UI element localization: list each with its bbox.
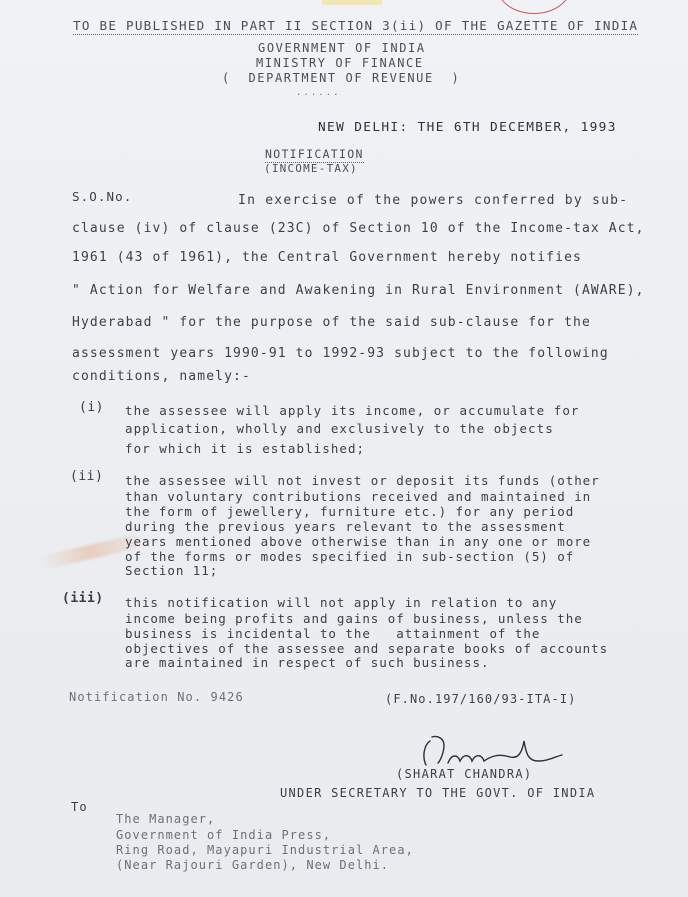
condition-line: business is incidental to the attainment…	[125, 626, 540, 641]
publish-instruction: TO BE PUBLISHED IN PART II SECTION 3(ii)…	[73, 18, 638, 35]
body-line: 1961 (43 of 1961), the Central Governmen…	[72, 250, 582, 265]
condition-line: of the forms or modes specified in sub-s…	[125, 549, 574, 564]
condition-label: (i)	[79, 400, 104, 415]
address-line: Government of India Press,	[116, 828, 331, 842]
ministry-heading: MINISTRY OF FINANCE	[256, 56, 424, 70]
condition-line: objectives of the assessee and separate …	[125, 641, 608, 656]
condition-line: application, wholly and exclusively to t…	[125, 421, 554, 436]
signatory-title: UNDER SECRETARY TO THE GOVT. OF INDIA	[280, 786, 595, 800]
condition-label: (ii)	[70, 469, 103, 484]
condition-line: the assessee will apply its income, or a…	[125, 403, 580, 418]
government-heading: GOVERNMENT OF INDIA	[258, 41, 426, 55]
so-number-label: S.O.No.	[72, 189, 132, 204]
condition-line: for which it is established;	[125, 441, 365, 456]
notification-title: NOTIFICATION	[265, 147, 364, 163]
condition-line: years mentioned above otherwise than in …	[125, 534, 591, 549]
to-label: To	[71, 800, 88, 814]
condition-label: (iii)	[62, 591, 104, 606]
body-line: conditions, namely:-	[72, 369, 251, 384]
document-page: TO BE PUBLISHED IN PART II SECTION 3(ii)…	[0, 0, 688, 897]
body-line: In exercise of the powers conferred by s…	[238, 193, 628, 208]
signatory-name: (SHARAT CHANDRA)	[396, 767, 532, 781]
red-ink-circle	[497, 0, 571, 14]
address-line: (Near Rajouri Garden), New Delhi.	[116, 858, 389, 872]
condition-line: are maintained in respect of such busine…	[125, 655, 489, 670]
address-line: Ring Road, Mayapuri Industrial Area,	[116, 843, 414, 857]
department-heading: ( DEPARTMENT OF REVENUE )	[222, 71, 460, 85]
condition-line: the form of jewellery, furniture etc.) f…	[125, 504, 574, 519]
condition-line: than voluntary contributions received an…	[125, 489, 591, 504]
file-number: (F.No.197/160/93-ITA-I)	[385, 692, 576, 706]
condition-line: this notification will not apply in rela…	[125, 595, 557, 610]
place-date: NEW DELHI: THE 6TH DECEMBER, 1993	[318, 120, 617, 135]
body-line: " Action for Welfare and Awakening in Ru…	[72, 283, 645, 298]
address-line: The Manager,	[116, 812, 215, 826]
condition-line: the assessee will not invest or deposit …	[125, 473, 600, 488]
body-line: assessment years 1990-91 to 1992-93 subj…	[72, 346, 609, 361]
body-line: clause (iv) of clause (23C) of Section 1…	[72, 221, 645, 236]
notification-number: Notification No. 9426	[69, 690, 244, 704]
header-ornament: ......	[296, 88, 341, 98]
condition-line: during the previous years relevant to th…	[125, 519, 566, 534]
condition-line: Section 11;	[125, 563, 218, 578]
body-line: Hyderabad " for the purpose of the said …	[72, 315, 591, 330]
notification-subtitle: (INCOME-TAX)	[264, 162, 358, 175]
condition-line: income being profits and gains of busine…	[125, 611, 583, 626]
highlight-mark	[322, 0, 382, 5]
